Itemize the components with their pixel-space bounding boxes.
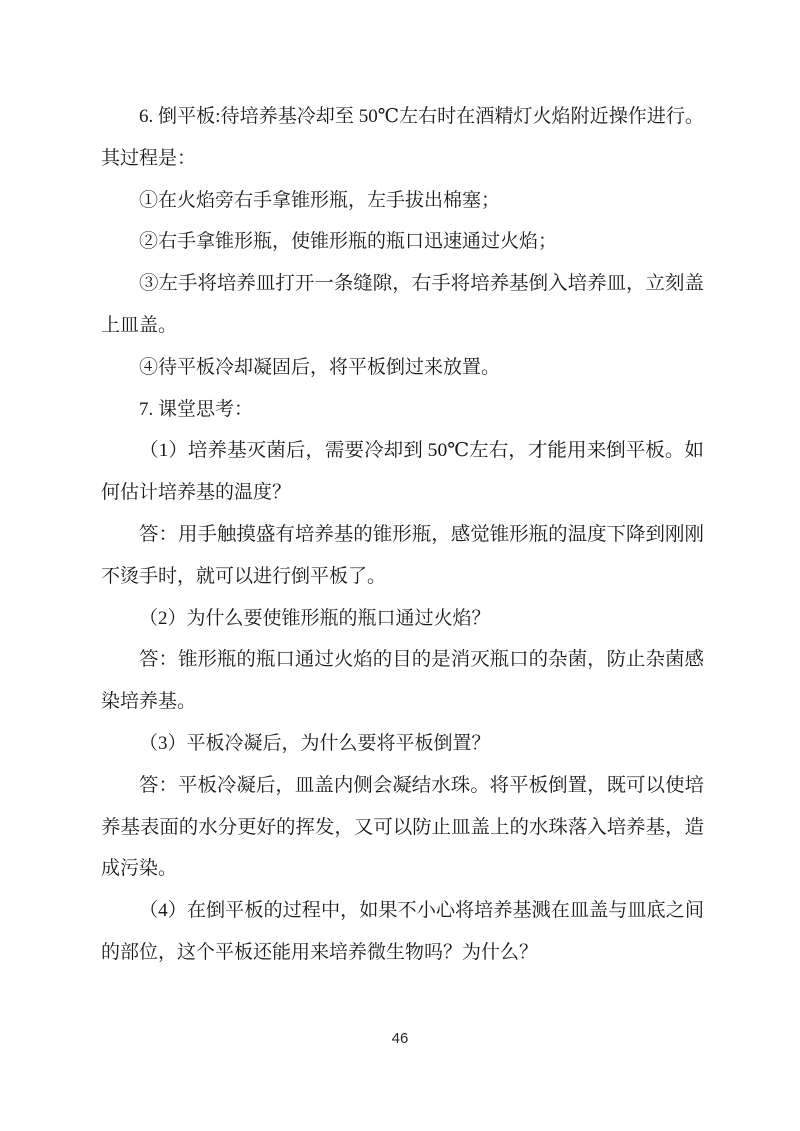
text-line-content: （2）为什么要使锥形瓶的瓶口通过火焰？: [139, 598, 491, 640]
text-line-content: 的部位，这个平板还能用来培养微生物吗？为什么？: [101, 932, 538, 974]
text-line: （1）培养基灭菌后，需要冷却到 50℃左右，才能用来倒平板。如: [101, 430, 704, 472]
text-line-content: 上皿盖。: [101, 305, 177, 347]
text-line: 7. 课堂思考：: [101, 389, 704, 431]
text-line: 6. 倒平板:待培养基冷却至 50℃左右时在酒精灯火焰附近操作进行。: [101, 96, 704, 138]
text-line-content: 不烫手时，就可以进行倒平板了。: [101, 556, 386, 598]
text-line: ①在火焰旁右手拿锥形瓶，左手拔出棉塞；: [101, 180, 704, 222]
text-line: 养基表面的水分更好的挥发，又可以防止皿盖上的水珠落入培养基，造: [101, 807, 704, 849]
text-line-content: 6. 倒平板:待培养基冷却至 50℃左右时在酒精灯火焰附近操作进行。: [139, 96, 704, 138]
text-line: （2）为什么要使锥形瓶的瓶口通过火焰？: [101, 598, 704, 640]
text-line: （4）在倒平板的过程中，如果不小心将培养基溅在皿盖与皿底之间: [101, 890, 704, 932]
text-line-content: （4）在倒平板的过程中，如果不小心将培养基溅在皿盖与皿底之间: [139, 890, 704, 932]
text-line: 答：锥形瓶的瓶口通过火焰的目的是消灭瓶口的杂菌，防止杂菌感: [101, 639, 704, 681]
text-line-content: 7. 课堂思考：: [139, 389, 253, 431]
text-line-content: ③左手将培养皿打开一条缝隙，右手将培养基倒入培养皿，立刻盖: [139, 263, 704, 305]
text-line: 答：平板冷凝后，皿盖内侧会凝结水珠。将平板倒置，既可以使培: [101, 765, 704, 807]
text-line: 何估计培养基的温度？: [101, 472, 704, 514]
text-line-content: （3）平板冷凝后，为什么要将平板倒置？: [139, 723, 491, 765]
text-line: 染培养基。: [101, 681, 704, 723]
text-line-content: ②右手拿锥形瓶，使锥形瓶的瓶口迅速通过火焰；: [139, 221, 557, 263]
document-body-text: 6. 倒平板:待培养基冷却至 50℃左右时在酒精灯火焰附近操作进行。 其过程是：…: [101, 96, 704, 974]
text-line: 答：用手触摸盛有培养基的锥形瓶，感觉锥形瓶的温度下降到刚刚: [101, 514, 704, 556]
text-line-content: 养基表面的水分更好的挥发，又可以防止皿盖上的水珠落入培养基，造: [101, 807, 704, 849]
text-line-content: 答：锥形瓶的瓶口通过火焰的目的是消灭瓶口的杂菌，防止杂菌感: [139, 639, 704, 681]
text-line-content: 成污染。: [101, 848, 177, 890]
text-line-content: 何估计培养基的温度？: [101, 472, 291, 514]
text-line: 其过程是：: [101, 138, 704, 180]
text-line: ④待平板冷却凝固后，将平板倒过来放置。: [101, 347, 704, 389]
text-line: 的部位，这个平板还能用来培养微生物吗？为什么？: [101, 932, 704, 974]
text-line: 成污染。: [101, 848, 704, 890]
text-line-content: 答：平板冷凝后，皿盖内侧会凝结水珠。将平板倒置，既可以使培: [139, 765, 704, 807]
text-line-content: 染培养基。: [101, 681, 196, 723]
text-line: 上皿盖。: [101, 305, 704, 347]
text-line-content: ①在火焰旁右手拿锥形瓶，左手拔出棉塞；: [139, 180, 500, 222]
text-line: ③左手将培养皿打开一条缝隙，右手将培养基倒入培养皿，立刻盖: [101, 263, 704, 305]
text-line: ②右手拿锥形瓶，使锥形瓶的瓶口迅速通过火焰；: [101, 221, 704, 263]
document-page: 6. 倒平板:待培养基冷却至 50℃左右时在酒精灯火焰附近操作进行。 其过程是：…: [0, 0, 800, 1131]
text-line-content: 其过程是：: [101, 138, 196, 180]
text-line-content: ④待平板冷却凝固后，将平板倒过来放置。: [139, 347, 500, 389]
text-line: 不烫手时，就可以进行倒平板了。: [101, 556, 704, 598]
text-line: （3）平板冷凝后，为什么要将平板倒置？: [101, 723, 704, 765]
page-number: 46: [0, 1030, 800, 1048]
text-line-content: 答：用手触摸盛有培养基的锥形瓶，感觉锥形瓶的温度下降到刚刚: [139, 514, 704, 556]
text-line-content: （1）培养基灭菌后，需要冷却到 50℃左右，才能用来倒平板。如: [139, 430, 704, 472]
